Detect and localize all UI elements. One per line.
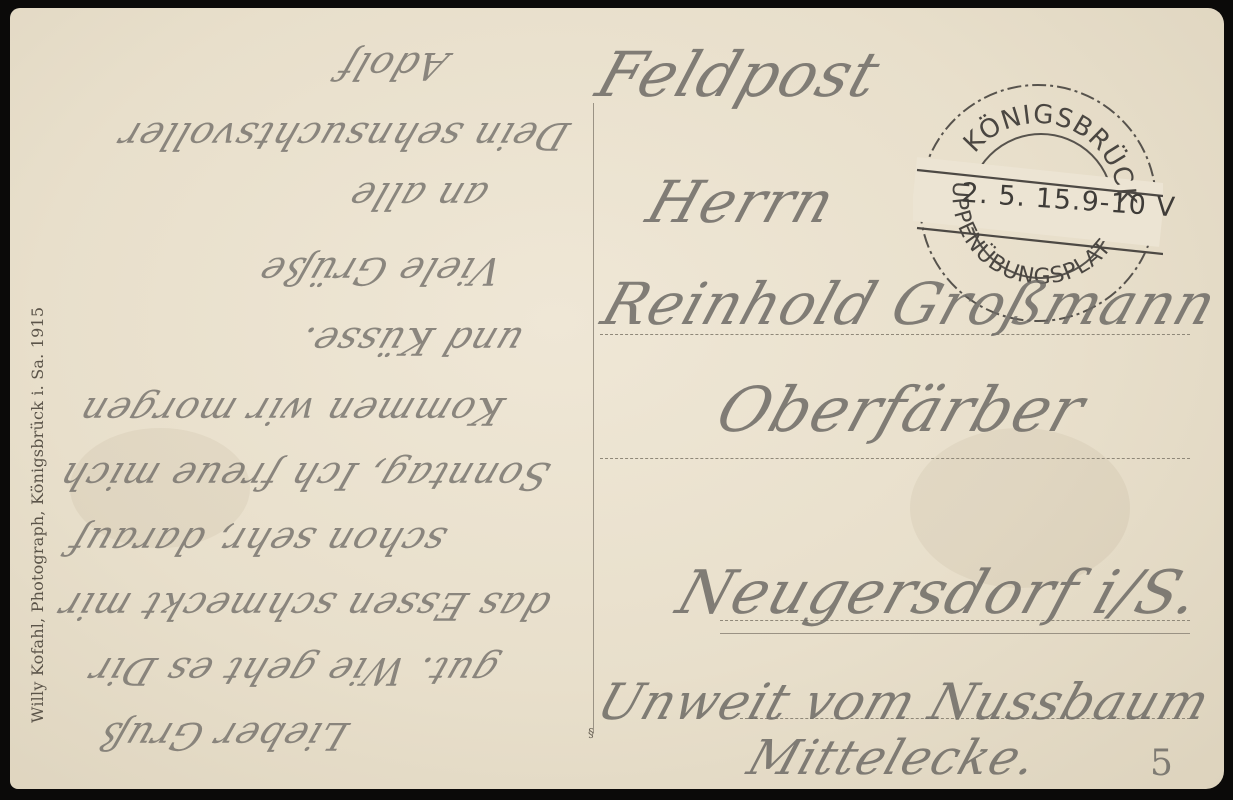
message-line: Adolf	[332, 44, 454, 88]
divider-line	[593, 103, 594, 733]
message-line: Kommen wir morgen	[72, 389, 510, 433]
recipient-name: Reinhold Großmann	[594, 270, 1224, 338]
message-line: und Küsse.	[292, 319, 529, 363]
message-line: Viele Grüße	[252, 249, 508, 293]
message-line: gut. Wie geht es Dir	[82, 649, 505, 693]
handwritten-message: Lieber Gruß gut. Wie geht es Dir das Ess…	[60, 18, 590, 778]
feldpost-heading: Feldpost	[588, 38, 889, 111]
message-line: Lieber Gruß	[92, 714, 354, 758]
publisher-imprint: Willy Kofahl, Photograph, Königsbrück i.…	[28, 307, 47, 723]
message-line: das Essen schmeckt mir	[52, 584, 556, 628]
message-line: an alle	[342, 174, 494, 218]
message-line: schon sehr, darauf	[62, 519, 452, 563]
message-line: Sonntag, Ich freue mich	[52, 454, 556, 498]
message-line: Dein sehnsuchtsvoller	[112, 114, 575, 158]
recipient-street: Unweit vom Nussbaum	[591, 673, 1218, 731]
recipient-city: Mittelecke.	[741, 730, 1045, 786]
pencil-mark: 5	[1150, 743, 1174, 784]
address-line	[600, 458, 1190, 459]
recipient-salutation: Herrn	[639, 168, 844, 236]
postcard: Willy Kofahl, Photograph, Königsbrück i.…	[10, 8, 1224, 789]
recipient-title: Oberfärber	[708, 373, 1094, 446]
address-line	[720, 633, 1190, 634]
recipient-place: Neugersdorf i/S.	[669, 558, 1210, 628]
